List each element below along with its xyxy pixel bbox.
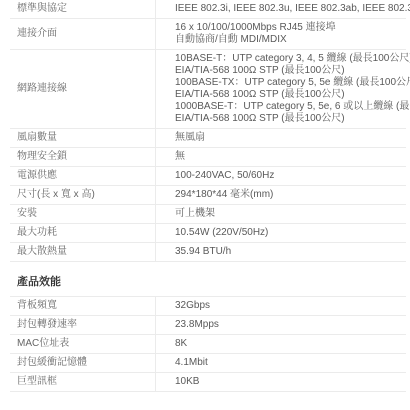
spec-value-line: EIA/TIA-568 100Ω STP (最長100公尺): [175, 65, 410, 77]
spec-label: 安裝: [10, 205, 156, 223]
spec-row: 最大散熱量 35.94 BTU/h: [10, 243, 406, 262]
spec-value: 無: [156, 148, 406, 166]
spec-value: 10.54W (220V/50Hz): [156, 224, 406, 242]
spec-table: 標準與協定 IEEE 802.3i, IEEE 802.3u, IEEE 802…: [10, 0, 406, 262]
spec-value-line: 16 x 10/100/1000Mbps RJ45 連接埠: [175, 22, 404, 34]
spec-row: 最大功耗 10.54W (220V/50Hz): [10, 224, 406, 243]
spec-row: 封包緩衝記憶體 4.1Mbit: [10, 354, 406, 373]
spec-row: 背板頻寬 32Gbps: [10, 297, 406, 316]
spec-label: 電源供應: [10, 167, 156, 185]
spec-row: 尺寸(長 x 寬 x 高) 294*180*44 毫米(mm): [10, 186, 406, 205]
spec-content: 標準與協定 IEEE 802.3i, IEEE 802.3u, IEEE 802…: [0, 0, 410, 392]
spec-value: 35.94 BTU/h: [156, 243, 406, 261]
spec-value: 8K: [156, 335, 406, 353]
spec-value: 無風扇: [156, 129, 406, 147]
spec-row: 風扇數量 無風扇: [10, 129, 406, 148]
spec-value-line: 無: [175, 151, 404, 163]
spec-value: 32Gbps: [156, 297, 406, 315]
spec-label: 巨型訊框: [10, 373, 156, 391]
spec-value: 294*180*44 毫米(mm): [156, 186, 406, 204]
spec-value: 16 x 10/100/1000Mbps RJ45 連接埠 自動協商/自動 MD…: [156, 19, 406, 49]
spec-row: 標準與協定 IEEE 802.3i, IEEE 802.3u, IEEE 802…: [10, 0, 406, 19]
spec-value-line: 可上機架: [175, 208, 404, 220]
spec-value-line: 100-240VAC, 50/60Hz: [175, 170, 404, 182]
spec-value: 10KB: [156, 373, 406, 391]
spec-label: 連接介面: [10, 19, 156, 49]
spec-page: 標準與協定 IEEE 802.3i, IEEE 802.3u, IEEE 802…: [0, 0, 410, 410]
spec-row: 物理安全鎖 無: [10, 148, 406, 167]
spec-value: 10BASE-T：UTP category 3, 4, 5 纜線 (最長100公…: [156, 50, 410, 128]
spec-label: 物理安全鎖: [10, 148, 156, 166]
spec-label: MAC位址表: [10, 335, 156, 353]
spec-value: 4.1Mbit: [156, 354, 406, 372]
spec-table: 背板頻寬 32Gbps 封包轉發速率 23.8Mpps MAC位址表 8K 封包…: [10, 296, 406, 392]
spec-section: 標準與協定 IEEE 802.3i, IEEE 802.3u, IEEE 802…: [10, 0, 406, 262]
spec-label: 標準與協定: [10, 0, 156, 18]
spec-row: MAC位址表 8K: [10, 335, 406, 354]
spec-value-line: 10BASE-T：UTP category 3, 4, 5 纜線 (最長100公…: [175, 53, 410, 65]
spec-value-line: 4.1Mbit: [175, 357, 404, 369]
spec-row: 安裝 可上機架: [10, 205, 406, 224]
spec-label: 最大功耗: [10, 224, 156, 242]
spec-value-line: 自動協商/自動 MDI/MDIX: [175, 34, 404, 46]
spec-value-line: 32Gbps: [175, 300, 404, 312]
spec-label: 背板頻寬: [10, 297, 156, 315]
spec-value: 可上機架: [156, 205, 406, 223]
spec-value: 23.8Mpps: [156, 316, 406, 334]
spec-value-line: 8K: [175, 338, 404, 350]
spec-label: 封包轉發速率: [10, 316, 156, 334]
spec-label: 最大散熱量: [10, 243, 156, 261]
section-title: 產品效能: [17, 276, 406, 288]
spec-value-line: 23.8Mpps: [175, 319, 404, 331]
spec-value-line: 10.54W (220V/50Hz): [175, 227, 404, 239]
spec-value-line: EIA/TIA-568 100Ω STP (最長100公尺): [175, 89, 410, 101]
spec-value-line: 1000BASE-T：UTP category 5, 5e, 6 或以上纜線 (…: [175, 101, 410, 113]
spec-row: 封包轉發速率 23.8Mpps: [10, 316, 406, 335]
spec-value-line: 10KB: [175, 376, 404, 388]
spec-value-line: 無風扇: [175, 132, 404, 144]
spec-row: 巨型訊框 10KB: [10, 373, 406, 392]
spec-value-line: 100BASE-TX：UTP category 5, 5e 纜線 (最長100公…: [175, 77, 410, 89]
spec-label: 封包緩衝記憶體: [10, 354, 156, 372]
spec-label: 尺寸(長 x 寬 x 高): [10, 186, 156, 204]
spec-value-line: 35.94 BTU/h: [175, 246, 404, 258]
spec-section: 產品效能 背板頻寬 32Gbps 封包轉發速率 23.8Mpps MAC位址表 …: [10, 276, 406, 392]
spec-row: 電源供應 100-240VAC, 50/60Hz: [10, 167, 406, 186]
spec-value-line: EIA/TIA-568 100Ω STP (最長100公尺): [175, 113, 410, 125]
spec-label: 風扇數量: [10, 129, 156, 147]
spec-value: 100-240VAC, 50/60Hz: [156, 167, 406, 185]
spec-label: 網路連接線: [10, 50, 156, 128]
spec-row: 網路連接線 10BASE-T：UTP category 3, 4, 5 纜線 (…: [10, 50, 406, 129]
spec-value: IEEE 802.3i, IEEE 802.3u, IEEE 802.3ab, …: [156, 0, 410, 18]
spec-value-line: 294*180*44 毫米(mm): [175, 189, 404, 201]
spec-row: 連接介面 16 x 10/100/1000Mbps RJ45 連接埠 自動協商/…: [10, 19, 406, 50]
spec-value-line: IEEE 802.3i, IEEE 802.3u, IEEE 802.3ab, …: [175, 3, 410, 15]
